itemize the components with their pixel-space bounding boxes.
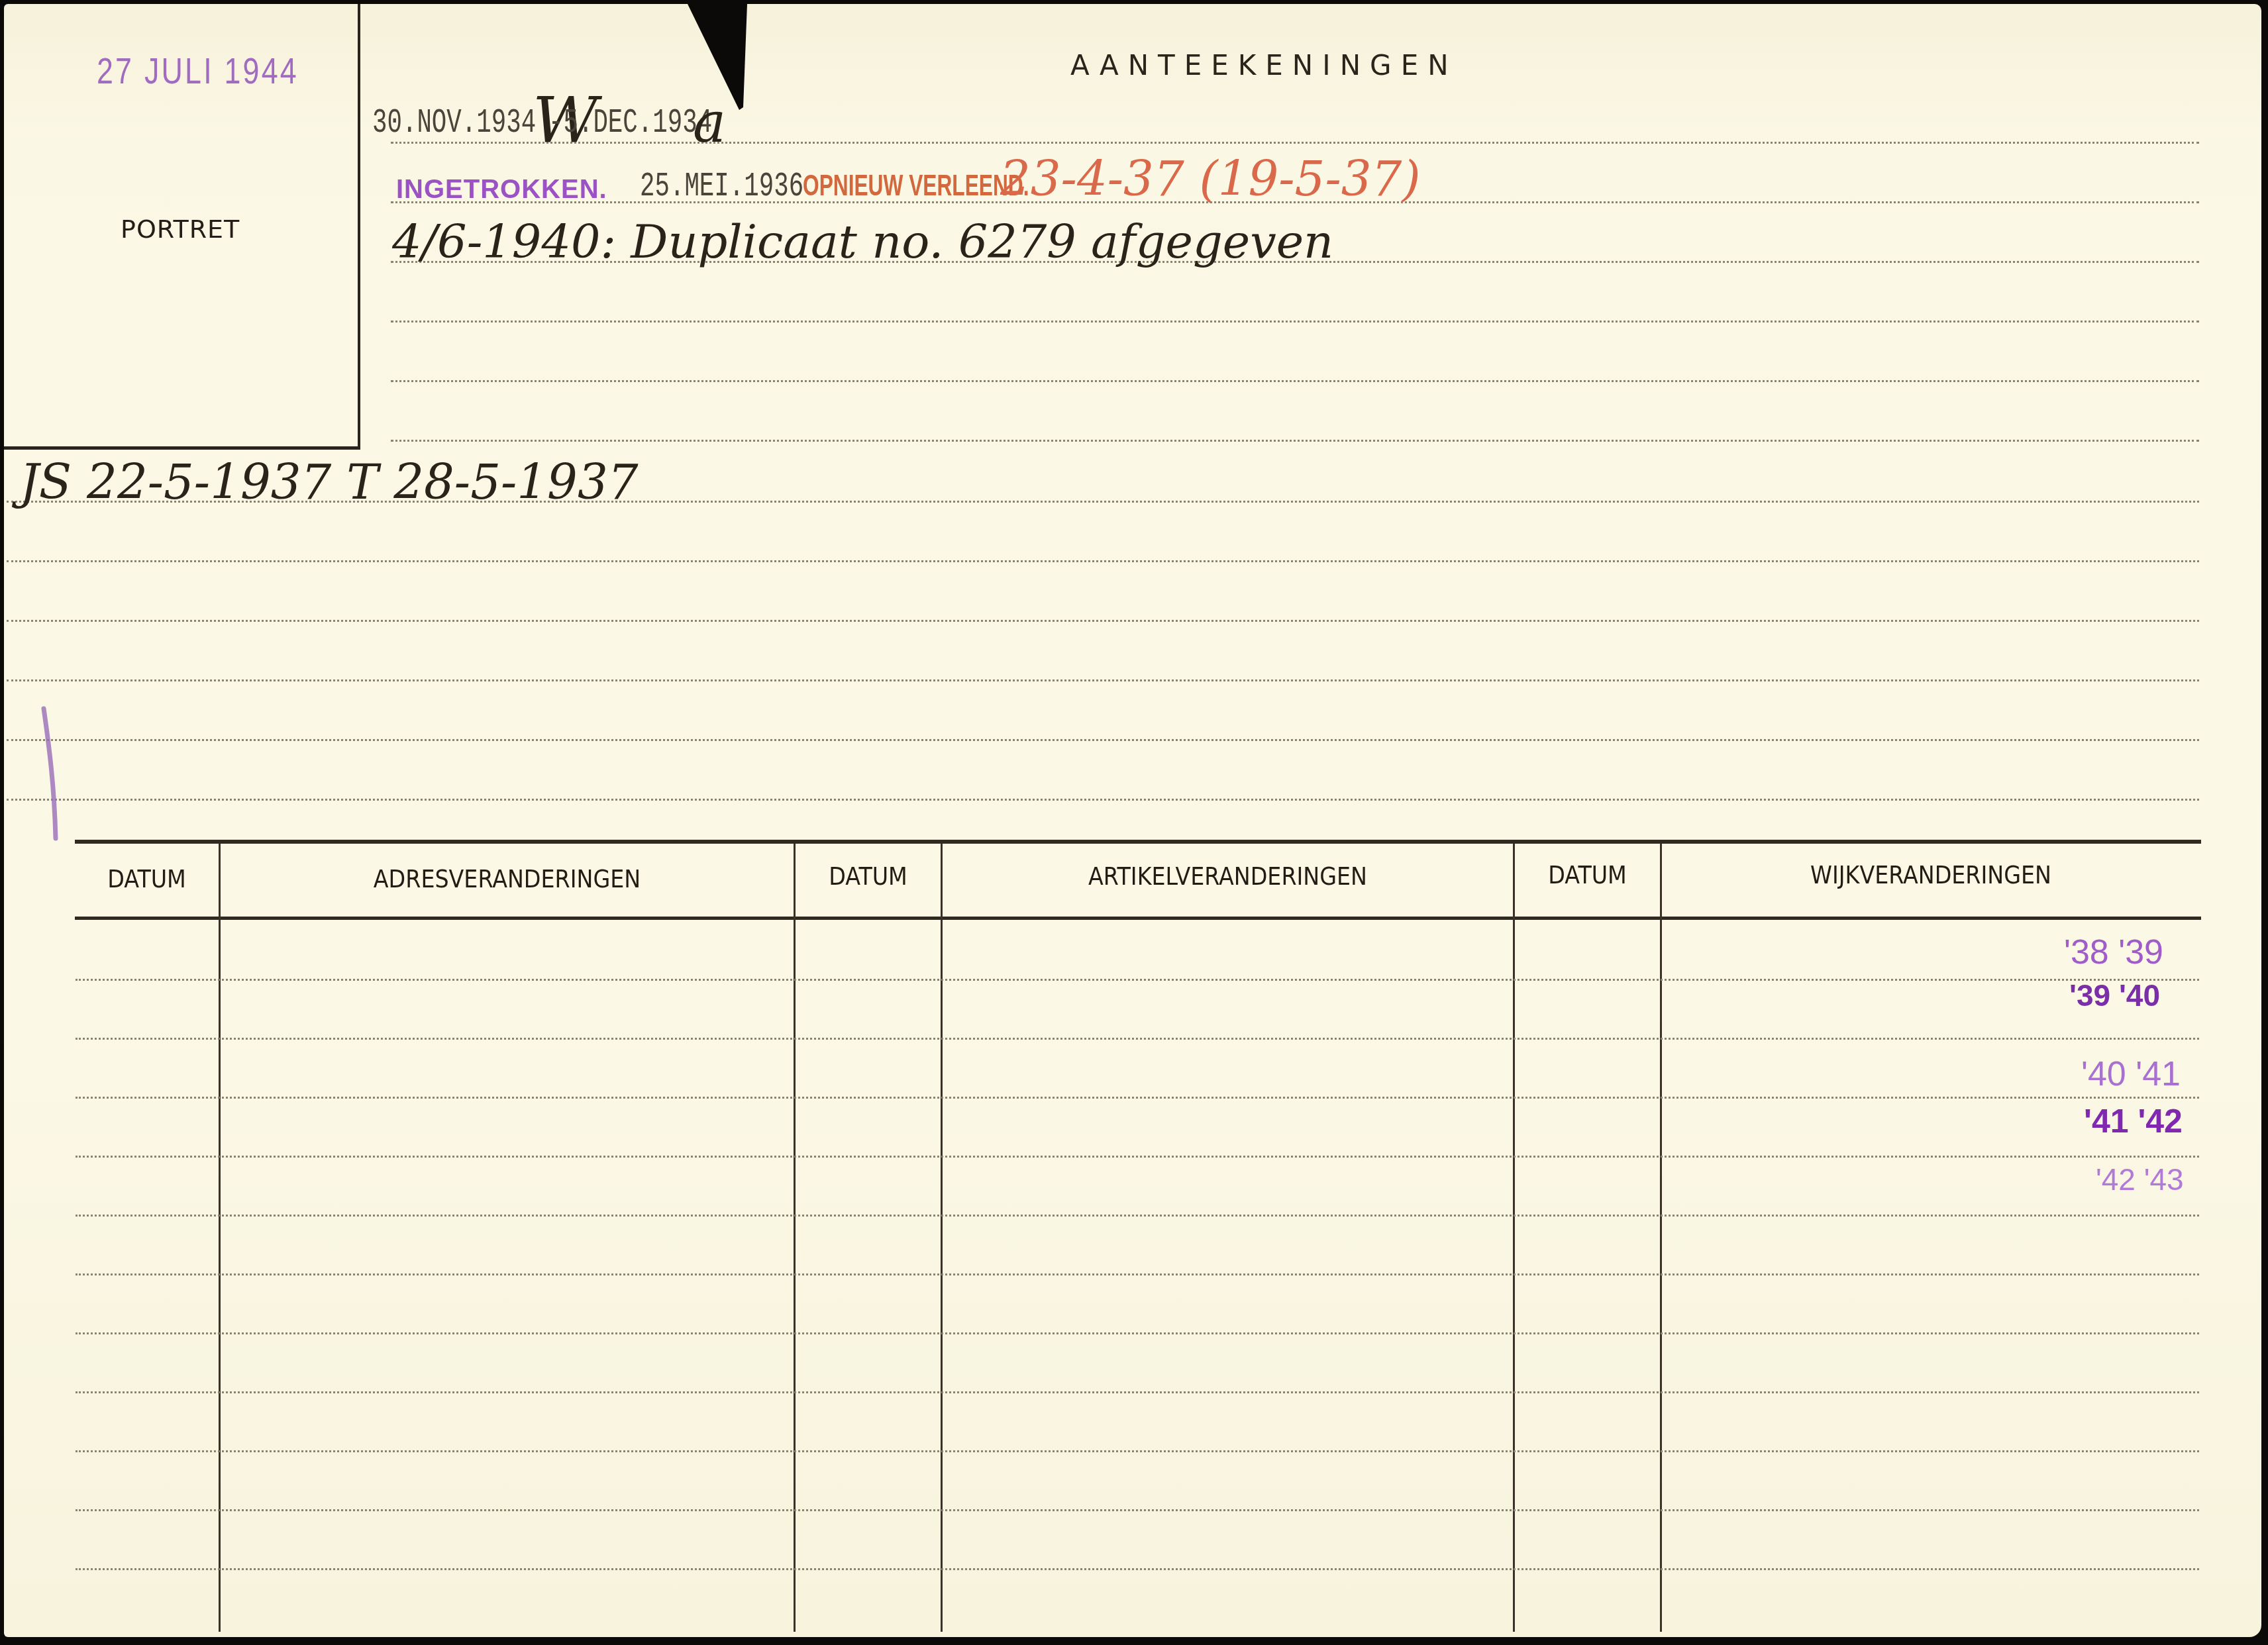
table-row-line — [76, 1038, 2199, 1040]
note-line — [7, 560, 2199, 562]
typed-date-3: 25.MEI.1936 — [640, 167, 803, 206]
table-row-line — [76, 1391, 2199, 1393]
portrait-box: 27 JULI 1944 PORTRET — [4, 4, 360, 450]
reissued-stamp: OPNIEUW VERLEEND. — [803, 170, 1029, 203]
header-address-changes: ADRESVERANDERINGEN — [249, 865, 765, 893]
column-divider — [1513, 844, 1515, 1632]
handwritten-reissue-dates: 23-4-37 (19-5-37) — [1000, 151, 1420, 207]
note-line — [391, 440, 2199, 442]
header-date-1: DATUM — [82, 865, 211, 893]
handwritten-a: a — [693, 90, 726, 155]
table-row-line — [76, 1332, 2199, 1334]
table-row-line — [76, 1568, 2199, 1570]
typed-date-2: -5.DEC.1934 — [548, 103, 712, 142]
table-header-rule — [75, 917, 2201, 920]
column-divider — [941, 844, 943, 1632]
ward-stamp: '38 '39 — [2064, 932, 2163, 972]
ward-stamp: '39 '40 — [2069, 977, 2160, 1013]
table-row-line — [76, 1097, 2199, 1099]
note-line — [7, 679, 2199, 681]
ward-stamp: '42 '43 — [2096, 1162, 2184, 1197]
column-divider — [219, 844, 221, 1632]
typed-date-1: 30.NOV.1934 — [372, 103, 536, 142]
table-row-line — [76, 1509, 2199, 1511]
table-row-line — [76, 1273, 2199, 1275]
note-line — [7, 620, 2199, 622]
column-divider — [794, 844, 796, 1632]
column-divider — [1660, 844, 1662, 1632]
registration-card: 27 JULI 1944 PORTRET AANTEEKENINGEN 30.N… — [4, 4, 2261, 1637]
ward-stamp: '40 '41 — [2081, 1054, 2181, 1094]
portrait-label: PORTRET — [121, 215, 240, 244]
ward-stamp: '41 '42 — [2084, 1102, 2183, 1140]
note-line — [7, 739, 2199, 741]
header-ward-changes: WIJKVERANDERINGEN — [1689, 861, 2173, 889]
table-row-line — [76, 1450, 2199, 1452]
withdrawn-stamp: INGETROKKEN. — [396, 175, 607, 205]
header-date-3: DATUM — [1522, 861, 1653, 889]
note-line — [391, 380, 2199, 382]
note-line — [7, 799, 2199, 801]
handwritten-duplicate-note: 4/6-1940: Duplicaat no. 6279 afgegeven — [392, 215, 1333, 269]
ink-mark — [40, 706, 66, 852]
table-row-line — [76, 979, 2199, 981]
date-stamp: 27 JULI 1944 — [97, 49, 299, 92]
handwritten-js-note: JS 22-5-1937 T 28-5-1937 — [20, 454, 639, 510]
header-date-2: DATUM — [803, 862, 933, 891]
note-line — [391, 321, 2199, 323]
notes-title: AANTEEKENINGEN — [1070, 49, 1458, 81]
table-row-line — [76, 1156, 2199, 1158]
table-row-line — [76, 1215, 2199, 1217]
header-article-changes: ARTIKELVERANDERINGEN — [971, 862, 1484, 891]
table-top-rule — [75, 840, 2201, 844]
